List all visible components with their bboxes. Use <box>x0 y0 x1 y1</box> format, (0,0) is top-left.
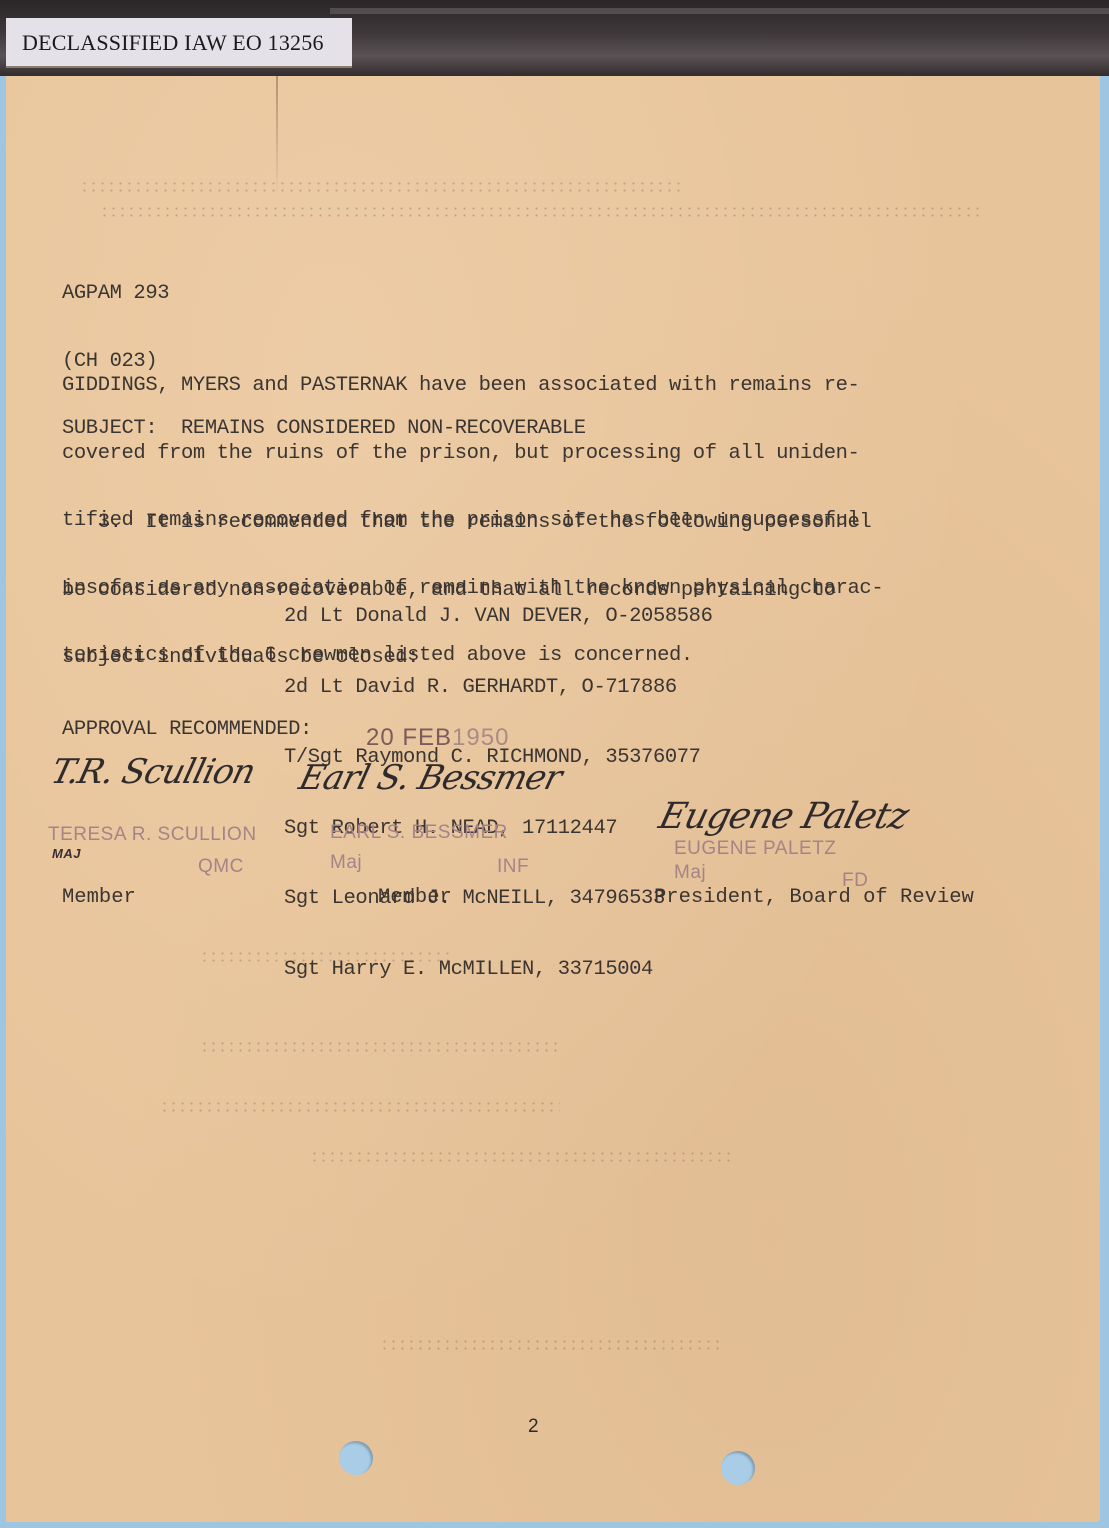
text-line: 3. It is recommended that the remains of… <box>62 512 871 535</box>
bleed-through-marks <box>380 1338 720 1352</box>
signature-bessmer: Earl S. Bessmer <box>295 758 565 798</box>
signature-paletz: Eugene Paletz <box>655 796 912 837</box>
personnel-entry: Sgt Leonard J. McNEILL, 34796533 <box>284 887 712 911</box>
role-member-2: Member <box>378 886 452 909</box>
name-stamp-scullion: TERESA R. SCULLION <box>48 824 257 846</box>
punch-hole-right <box>721 1451 755 1485</box>
role-member-1: Member <box>62 886 136 909</box>
binder-rail <box>330 8 1109 14</box>
date-stamp: 20 FEB1950 <box>366 724 509 752</box>
page-number: 2 <box>528 1416 539 1438</box>
name-stamp-bessmer: EARL S. BESSMER <box>330 822 508 844</box>
bleed-through-marks <box>310 1150 730 1164</box>
role-president: President, Board of Review <box>654 886 974 909</box>
reference-line: AGPAM 293 <box>62 283 586 306</box>
personnel-entry: 2d Lt David R. GERHARDT, O-717886 <box>284 676 712 700</box>
text-line: GIDDINGS, MYERS and PASTERNAK have been … <box>62 375 883 398</box>
rank-stamp-scullion: MAJ <box>52 846 81 861</box>
bleed-through-marks <box>80 180 680 194</box>
text-line: covered from the ruins of the prison, bu… <box>62 443 883 466</box>
bleed-through-marks <box>100 205 980 219</box>
personnel-entry: Sgt Harry E. McMILLEN, 33715004 <box>284 958 712 982</box>
branch-stamp-scullion: QMC <box>198 856 244 878</box>
rank-stamp-bessmer: Maj <box>330 852 362 874</box>
date-stamp-year: 1950 <box>452 724 509 751</box>
paper-crease <box>276 76 278 196</box>
date-stamp-day-month: 20 FEB <box>366 724 452 751</box>
name-stamp-paletz: EUGENE PALETZ <box>674 838 836 860</box>
approval-label: APPROVAL RECOMMENDED: <box>62 719 312 742</box>
signature-scullion: T.R. Scullion <box>47 752 259 792</box>
bleed-through-marks <box>160 1100 560 1114</box>
punch-hole-left <box>339 1441 373 1475</box>
personnel-entry: 2d Lt Donald J. VAN DEVER, O-2058586 <box>284 605 712 629</box>
bleed-through-marks <box>200 1040 560 1054</box>
declassification-label: DECLASSIFIED IAW EO 13256 <box>6 18 352 68</box>
branch-stamp-bessmer: INF <box>497 856 529 878</box>
rank-stamp-paletz: Maj <box>674 862 706 884</box>
